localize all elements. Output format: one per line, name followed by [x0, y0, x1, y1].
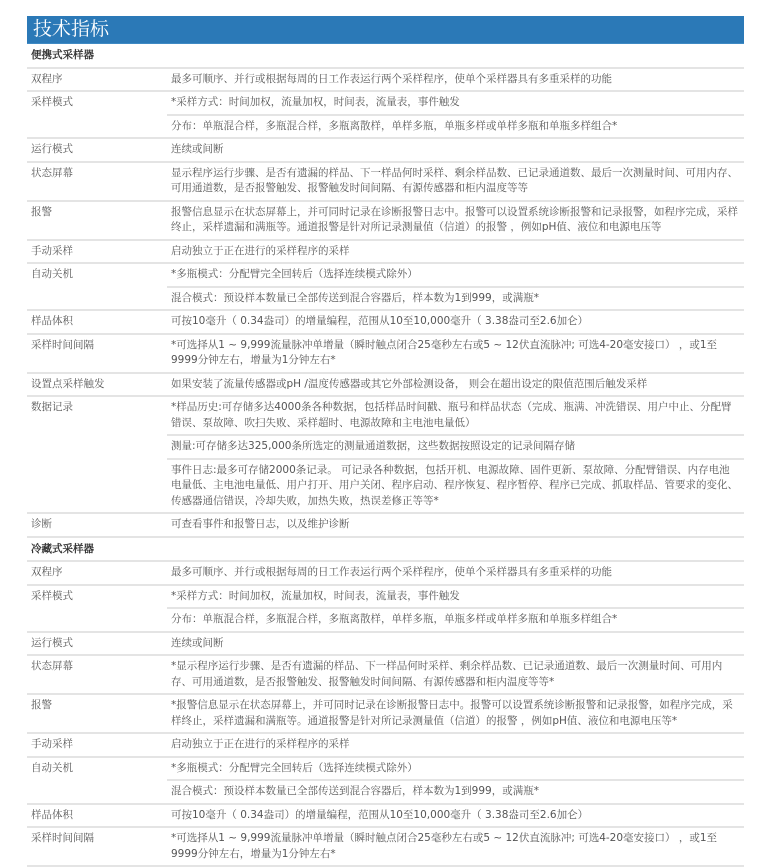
spec-value: *采样方式：时间加权，流量加权，时间表，流量表，事件触发: [166, 585, 744, 609]
table-row: 数据记录*样品历史:可存储多达4000条各种数据，包括样品时间戳、瓶号和样品状态…: [27, 396, 744, 435]
spec-value: 混合模式：预设样本数量已全部传送到混合容器后，样本数为1到999，或满瓶*: [166, 780, 744, 804]
spec-value: *报警信息显示在状态屏幕上，并可同时记录在诊断报警日志中。报警可以设置系统诊断报…: [166, 694, 744, 733]
spec-value: 启动独立于正在进行的采样程序的采样: [166, 733, 744, 757]
table-row: 双程序最多可顺序、并行或根据每周的日工作表运行两个采样程序，使单个采样器具有多重…: [27, 68, 744, 92]
spec-label: 手动采样: [27, 240, 166, 264]
spec-label: 采样模式: [27, 585, 166, 632]
spec-value: 最多可顺序、并行或根据每周的日工作表运行两个采样程序，使单个采样器具有多重采样的…: [166, 561, 744, 585]
spec-value: 显示程序运行步骤、是否有遗漏的样品、下一样品何时采样、剩余样品数、已记录通道数、…: [166, 162, 744, 201]
table-row: 手动采样启动独立于正在进行的采样程序的采样: [27, 240, 744, 264]
table-row: 诊断可查看事件和报警日志，以及维护诊断: [27, 513, 744, 537]
spec-value: *采样方式：时间加权，流量加权，时间表，流量表，事件触发: [166, 91, 744, 115]
spec-label: 样品体积: [27, 804, 166, 828]
spec-value: 报警信息显示在状态屏幕上，并可同时记录在诊断报警日志中。报警可以设置系统诊断报警…: [166, 201, 744, 240]
table-row: 设置点采样触发如果安装了流量传感器或pH /温度传感器或其它外部检测设备， 则会…: [27, 373, 744, 397]
spec-label: 双程序: [27, 68, 166, 92]
spec-label: 采样模式: [27, 91, 166, 138]
spec-value: 启动独立于正在进行的采样程序的采样: [166, 240, 744, 264]
section-header: 便携式采样器: [27, 44, 744, 68]
table-row: 状态屏幕*显示程序运行步骤、是否有遗漏的样品、下一样品何时采样、剩余样品数、已记…: [27, 655, 744, 694]
spec-label: 状态屏幕: [27, 655, 166, 694]
spec-value: 可按10毫升（ 0.34盎司）的增量编程，范围从10至10,000毫升（ 3.3…: [166, 804, 744, 828]
section-title: 便携式采样器: [27, 44, 744, 68]
spec-value: 事件日志:最多可存储2000条记录。 可记录各种数据，包括开机、电源故障、固件更…: [166, 459, 744, 514]
spec-panel: 技术指标 便携式采样器双程序最多可顺序、并行或根据每周的日工作表运行两个采样程序…: [27, 16, 744, 867]
table-row: 样品体积可按10毫升（ 0.34盎司）的增量编程，范围从10至10,000毫升（…: [27, 310, 744, 334]
spec-label: 自动关机: [27, 757, 166, 804]
table-row: 采样时间间隔*可选择从1 ~ 9,999流量脉冲单增量（瞬时触点闭合25毫秒左右…: [27, 334, 744, 373]
spec-label: 运行模式: [27, 138, 166, 162]
table-row: 报警*报警信息显示在状态屏幕上，并可同时记录在诊断报警日志中。报警可以设置系统诊…: [27, 694, 744, 733]
spec-label: 报警: [27, 201, 166, 240]
spec-table: 便携式采样器双程序最多可顺序、并行或根据每周的日工作表运行两个采样程序，使单个采…: [27, 44, 744, 867]
table-row: 状态屏幕显示程序运行步骤、是否有遗漏的样品、下一样品何时采样、剩余样品数、已记录…: [27, 162, 744, 201]
spec-value: 分布：单瓶混合样，多瓶混合样，多瓶离散样，单样多瓶，单瓶多样或单样多瓶和单瓶多样…: [166, 115, 744, 139]
spec-value: 连续或间断: [166, 138, 744, 162]
spec-label: 诊断: [27, 513, 166, 537]
section-header: 冷藏式采样器: [27, 537, 744, 562]
table-row: 运行模式连续或间断: [27, 138, 744, 162]
table-row: 双程序最多可顺序、并行或根据每周的日工作表运行两个采样程序，使单个采样器具有多重…: [27, 561, 744, 585]
table-row: 采样模式*采样方式：时间加权，流量加权，时间表，流量表，事件触发: [27, 91, 744, 115]
spec-label: 采样时间间隔: [27, 334, 166, 373]
spec-label: 双程序: [27, 561, 166, 585]
table-row: 自动关机*多瓶模式：分配臂完全回转后（选择连续模式除外）: [27, 263, 744, 287]
spec-label: 数据记录: [27, 396, 166, 513]
table-row: 手动采样启动独立于正在进行的采样程序的采样: [27, 733, 744, 757]
table-row: 样品体积可按10毫升（ 0.34盎司）的增量编程，范围从10至10,000毫升（…: [27, 804, 744, 828]
spec-value: *样品历史:可存储多达4000条各种数据，包括样品时间戳、瓶号和样品状态（完成、…: [166, 396, 744, 435]
spec-value: 可查看事件和报警日志，以及维护诊断: [166, 513, 744, 537]
spec-value: *多瓶模式：分配臂完全回转后（选择连续模式除外）: [166, 263, 744, 287]
spec-value: 测量:可存储多达325,000条所选定的测量通道数据，这些数据按照设定的记录间隔…: [166, 435, 744, 459]
table-row: 采样时间间隔*可选择从1 ~ 9,999流量脉冲单增量（瞬时触点闭合25毫秒左右…: [27, 827, 744, 866]
spec-label: 采样时间间隔: [27, 827, 166, 866]
spec-label: 报警: [27, 694, 166, 733]
spec-label: 自动关机: [27, 263, 166, 310]
spec-label: 样品体积: [27, 310, 166, 334]
spec-value: *显示程序运行步骤、是否有遗漏的样品、下一样品何时采样、剩余样品数、已记录通道数…: [166, 655, 744, 694]
spec-label: 运行模式: [27, 632, 166, 656]
page-title: 技术指标: [27, 16, 744, 44]
spec-value: 连续或间断: [166, 632, 744, 656]
spec-value: 分布：单瓶混合样，多瓶混合样，多瓶离散样，单样多瓶，单瓶多样或单样多瓶和单瓶多样…: [166, 608, 744, 632]
spec-value: *多瓶模式：分配臂完全回转后（选择连续模式除外）: [166, 757, 744, 781]
spec-value: *可选择从1 ~ 9,999流量脉冲单增量（瞬时触点闭合25毫秒左右或5 ~ 1…: [166, 827, 744, 866]
section-title: 冷藏式采样器: [27, 537, 744, 562]
spec-label: 设置点采样触发: [27, 373, 166, 397]
spec-value: *可选择从1 ~ 9,999流量脉冲单增量（瞬时触点闭合25毫秒左右或5 ~ 1…: [166, 334, 744, 373]
table-row: 采样模式*采样方式：时间加权，流量加权，时间表，流量表，事件触发: [27, 585, 744, 609]
table-row: 自动关机*多瓶模式：分配臂完全回转后（选择连续模式除外）: [27, 757, 744, 781]
spec-label: 状态屏幕: [27, 162, 166, 201]
spec-value: 如果安装了流量传感器或pH /温度传感器或其它外部检测设备， 则会在超出设定的限…: [166, 373, 744, 397]
spec-value: 最多可顺序、并行或根据每周的日工作表运行两个采样程序，使单个采样器具有多重采样的…: [166, 68, 744, 92]
table-row: 报警报警信息显示在状态屏幕上，并可同时记录在诊断报警日志中。报警可以设置系统诊断…: [27, 201, 744, 240]
spec-value: 混合模式：预设样本数量已全部传送到混合容器后，样本数为1到999，或满瓶*: [166, 287, 744, 311]
spec-label: 手动采样: [27, 733, 166, 757]
table-row: 运行模式连续或间断: [27, 632, 744, 656]
spec-value: 可按10毫升（ 0.34盎司）的增量编程，范围从10至10,000毫升（ 3.3…: [166, 310, 744, 334]
